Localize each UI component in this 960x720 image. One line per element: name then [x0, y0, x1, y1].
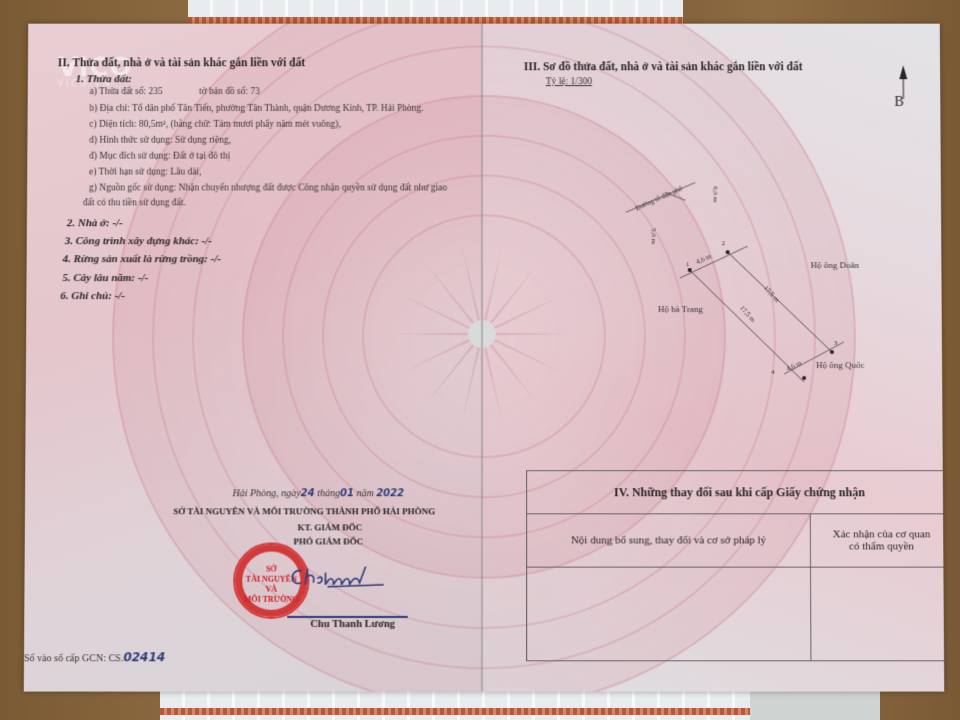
signer-role-1: KT. GIÁM ĐỐC	[298, 522, 363, 532]
map-scale: Tỷ lệ: 1/300	[546, 77, 592, 87]
page-fold	[481, 24, 483, 692]
road-width-2: 5,0 m	[650, 228, 658, 244]
item-notes: 6. Ghi chú: -/-	[60, 290, 125, 302]
north-label: B	[894, 95, 903, 111]
col2-line2: có thẩm quyền	[812, 540, 944, 552]
point-label-4: 4	[771, 368, 775, 376]
land-subtitle: 1. Thửa đất:	[76, 73, 132, 85]
month-label: tháng	[317, 488, 340, 499]
background-document-bottom	[160, 690, 750, 720]
item-other-construction: 3. Công trình xây dựng khác: -/-	[65, 235, 212, 247]
map-sheet-number: tờ bản đồ số: 73	[199, 87, 260, 97]
parcel-number: a) Thửa đất số: 235	[89, 87, 162, 97]
point-label-3: 3	[834, 339, 838, 347]
land-area: c) Diện tích: 80,5m², (bằng chữ: Tám mươ…	[89, 120, 340, 130]
signature-underline	[287, 616, 407, 618]
registry-label: Số vào sổ cấp GCN: CS.	[24, 653, 123, 664]
neighbor-south: Hộ ông Quốc	[816, 360, 865, 370]
land-use-certificate: VICO VICO.VN II. Thửa đất, nhà ở và tài …	[24, 24, 944, 692]
item-perennial-trees: 5. Cây lâu năm: -/-	[62, 272, 148, 284]
place-date-prefix: Hải Phòng, ngày	[232, 488, 300, 499]
point-label-2: 2	[722, 239, 726, 247]
changes-col-confirmation: Xác nhận của cơ quan có thẩm quyền	[810, 514, 944, 567]
changes-cell-content	[527, 567, 811, 661]
handwritten-signature-icon	[287, 563, 387, 593]
year-label: năm	[356, 488, 373, 499]
signer-role-2: PHÓ GIÁM ĐỐC	[293, 536, 363, 546]
usage-form: d) Hình thức sử dụng: Sử dụng riêng,	[89, 136, 231, 146]
issue-month: 01	[340, 488, 354, 499]
background-paper-edge	[750, 690, 880, 720]
issuing-agency: SỞ TÀI NGUYÊN VÀ MÔI TRƯỜNG THÀNH PHỐ HẢ…	[173, 506, 435, 516]
neighbor-east: Hộ ông Doãn	[811, 260, 859, 270]
registry-number: Số vào sổ cấp GCN: CS.02414	[24, 650, 165, 664]
usage-purpose: đ) Mục đích sử dụng: Đất ở tại đô thị	[89, 152, 230, 162]
neighbor-west: Hộ bà Trang	[658, 304, 703, 314]
item-house: 2. Nhà ở: -/-	[67, 217, 123, 229]
col2-line1: Xác nhận của cơ quan	[812, 528, 944, 540]
usage-duration: e) Thời hạn sử dụng: Lâu dài,	[89, 168, 201, 178]
changes-table-title: IV. Những thay đổi sau khi cấp Giấy chứn…	[527, 471, 945, 514]
registry-value: 02414	[123, 650, 165, 664]
usage-origin-line2: đất có thu tiền sử dụng đất.	[83, 198, 186, 208]
stamp-line: MÔI TRƯỜNG	[235, 595, 307, 605]
issue-year: 2022	[376, 488, 404, 499]
signer-name: Chu Thanh Lương	[310, 619, 395, 630]
changes-table: IV. Những thay đổi sau khi cấp Giấy chứn…	[526, 470, 944, 661]
usage-origin-line1: g) Nguồn gốc sử dụng: Nhận chuyển nhượng…	[89, 183, 447, 193]
section-iii-title: III. Sơ đồ thửa đất, nhà ở và tài sản kh…	[524, 61, 803, 73]
changes-cell-confirmation	[810, 567, 944, 661]
section-ii-title: II. Thửa đất, nhà ở và tài sản khác gắn …	[58, 57, 305, 69]
issue-place-date: Hải Phòng, ngày24 tháng01 năm 2022	[232, 488, 404, 499]
item-production-forest: 4. Rừng sản xuất là rừng trồng: -/-	[63, 253, 222, 265]
issue-day: 24	[301, 488, 315, 499]
land-address: b) Địa chỉ: Tổ dân phố Tân Tiến, phường …	[89, 104, 423, 114]
point-label-1: 1	[686, 260, 690, 268]
road-width-1: 6,0 m	[711, 186, 719, 202]
parcel-diagram	[616, 182, 876, 382]
changes-col-content: Nội dung bổ sung, thay đổi và cơ sở pháp…	[527, 514, 811, 567]
